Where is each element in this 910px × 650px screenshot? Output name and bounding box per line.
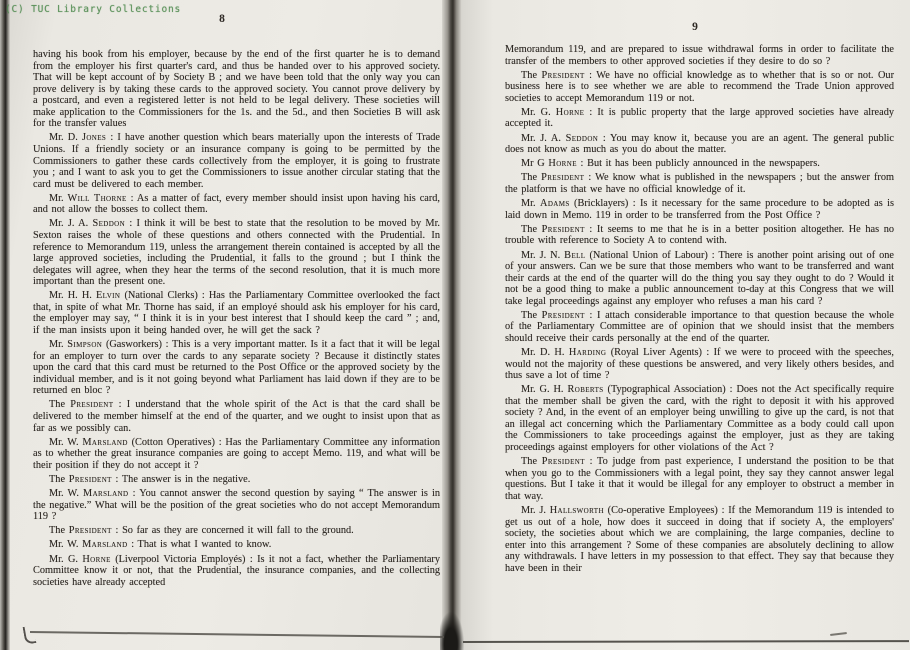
text-column-left: having his book from his employer, becau… xyxy=(33,49,440,591)
paragraph: Mr. D. Jones : I have another question w… xyxy=(33,132,440,190)
scanned-book-spread: (C) TUC Library Collections 8 having his… xyxy=(0,0,910,650)
paragraph: Mr. H. H. Elvin (National Clerks) : Has … xyxy=(33,290,440,336)
scan-left-edge xyxy=(0,0,10,650)
page-number-right: 9 xyxy=(506,21,884,33)
paragraph: Mr. Simpson (Gasworkers) : This is a ver… xyxy=(33,339,440,397)
speaker-prefix: The xyxy=(521,456,542,467)
speaker-name: Jones xyxy=(82,132,106,143)
paragraph: The President : So far as they are conce… xyxy=(33,525,440,537)
speech-text: : But it has been publicly announced in … xyxy=(577,158,820,169)
speaker-prefix: Mr. G. xyxy=(521,107,556,118)
speaker-name: President xyxy=(542,456,585,467)
paragraph: Memorandum 119, and are prepared to issu… xyxy=(505,44,894,67)
speech-text: Memorandum 119, and are prepared to issu… xyxy=(505,44,894,67)
speaker-name: President xyxy=(542,224,585,235)
speaker-prefix: The xyxy=(521,224,542,235)
paragraph: The President : I attach considerable im… xyxy=(505,310,894,345)
speech-text: : That is what I wanted to know. xyxy=(128,539,272,550)
paragraph: having his book from his employer, becau… xyxy=(33,49,440,130)
speaker-name: Bell xyxy=(564,250,585,261)
book-gutter xyxy=(442,0,462,650)
speaker-prefix: Mr. G. xyxy=(49,554,82,565)
speech-text: : The answer is in the negative. xyxy=(112,474,250,485)
speaker-prefix: Mr. G. H. xyxy=(521,384,567,395)
paragraph: Mr G Horne : But it has been publicly an… xyxy=(505,158,894,170)
speaker-prefix: Mr. xyxy=(49,339,67,350)
gutter-shadow-bottom xyxy=(440,612,464,650)
paragraph: The President : We have no official know… xyxy=(505,70,894,105)
speaker-name: President xyxy=(542,70,585,81)
speech-text: : So far as they are concerned it will f… xyxy=(112,525,354,536)
speaker-prefix: Mr. xyxy=(49,193,68,204)
speaker-name: Horne xyxy=(82,554,111,565)
speaker-prefix: Mr. D. H. xyxy=(521,347,569,358)
speaker-prefix: The xyxy=(49,474,69,485)
speaker-name: Horne xyxy=(556,107,585,118)
speech-text: having his book from his employer, becau… xyxy=(33,49,440,129)
speaker-name: Simpson xyxy=(67,339,102,350)
speaker-name: Seddon xyxy=(566,133,599,144)
paragraph: Mr. J. A. Seddon : You may know it, beca… xyxy=(505,133,894,156)
paragraph: Mr. J. A. Seddon : I think it will be be… xyxy=(33,218,440,287)
speaker-name: Seddon xyxy=(92,218,125,229)
speaker-prefix: Mr. D. xyxy=(49,132,82,143)
paragraph: Mr. W. Marsland (Cotton Operatives) : Ha… xyxy=(33,437,440,472)
paragraph: Mr. G. H. Roberts (Typographical Associa… xyxy=(505,384,894,453)
speaker-name: Elvin xyxy=(96,290,120,301)
speaker-prefix: The xyxy=(49,399,70,410)
speaker-prefix: The xyxy=(49,525,69,536)
speaker-prefix: Mr. J. A. xyxy=(521,133,566,144)
speaker-prefix: Mr. J. N. xyxy=(521,250,564,261)
speaker-name: Adams xyxy=(540,198,570,209)
speaker-name: Marsland xyxy=(83,488,128,499)
speaker-name: Marsland xyxy=(82,539,127,550)
speaker-name: Roberts xyxy=(567,384,603,395)
speaker-name: President xyxy=(69,525,112,536)
paragraph: Mr. Will Thorne : As a matter of fact, e… xyxy=(33,193,440,216)
speaker-prefix: Mr G xyxy=(521,158,548,169)
speaker-prefix: The xyxy=(521,70,542,81)
speaker-name: Hallsworth xyxy=(550,505,604,516)
speaker-prefix: Mr. W. xyxy=(49,539,82,550)
speaker-prefix: Mr. xyxy=(521,198,540,209)
speaker-prefix: The xyxy=(521,310,542,321)
paragraph: Mr. W. Marsland : That is what I wanted … xyxy=(33,539,440,551)
text-column-right: Memorandum 119, and are prepared to issu… xyxy=(505,44,894,577)
paragraph: Mr. Adams (Bricklayers) : Is it necessar… xyxy=(505,198,894,221)
paragraph: The President : I understand that the wh… xyxy=(33,399,440,434)
paragraph: Mr. D. H. Harding (Royal Liver Agents) :… xyxy=(505,347,894,382)
paragraph: The President : The answer is in the neg… xyxy=(33,474,440,486)
paragraph: Mr. J. N. Bell (National Union of Labour… xyxy=(505,250,894,308)
paragraph: Mr. W. Marsland : You cannot answer the … xyxy=(33,488,440,523)
speaker-name: Harding xyxy=(569,347,606,358)
speaker-name: President xyxy=(541,172,584,183)
paragraph: Mr. J. Hallsworth (Co-operative Employee… xyxy=(505,505,894,574)
paragraph: Mr. G. Horne : It is public property tha… xyxy=(505,107,894,130)
speaker-prefix: Mr. H. H. xyxy=(49,290,96,301)
speaker-name: Will Thorne xyxy=(68,193,127,204)
speaker-prefix: Mr. J. A. xyxy=(49,218,92,229)
speaker-name: President xyxy=(542,310,585,321)
speaker-prefix: Mr. J. xyxy=(521,505,550,516)
paragraph: The President : It seems to me that he i… xyxy=(505,224,894,247)
paragraph: The President : We know what is publishe… xyxy=(505,172,894,195)
speaker-prefix: The xyxy=(521,172,541,183)
speaker-prefix: Mr. W. xyxy=(49,437,82,448)
speaker-name: Horne xyxy=(548,158,577,169)
page-number-left: 8 xyxy=(33,13,411,25)
speaker-name: President xyxy=(69,474,112,485)
paragraph: Mr. G. Horne (Liverpool Victoria Employé… xyxy=(33,554,440,589)
speaker-name: President xyxy=(70,399,113,410)
speaker-prefix: Mr. W. xyxy=(49,488,83,499)
speaker-name: Marsland xyxy=(82,437,127,448)
paragraph: The President : To judge from past exper… xyxy=(505,456,894,502)
